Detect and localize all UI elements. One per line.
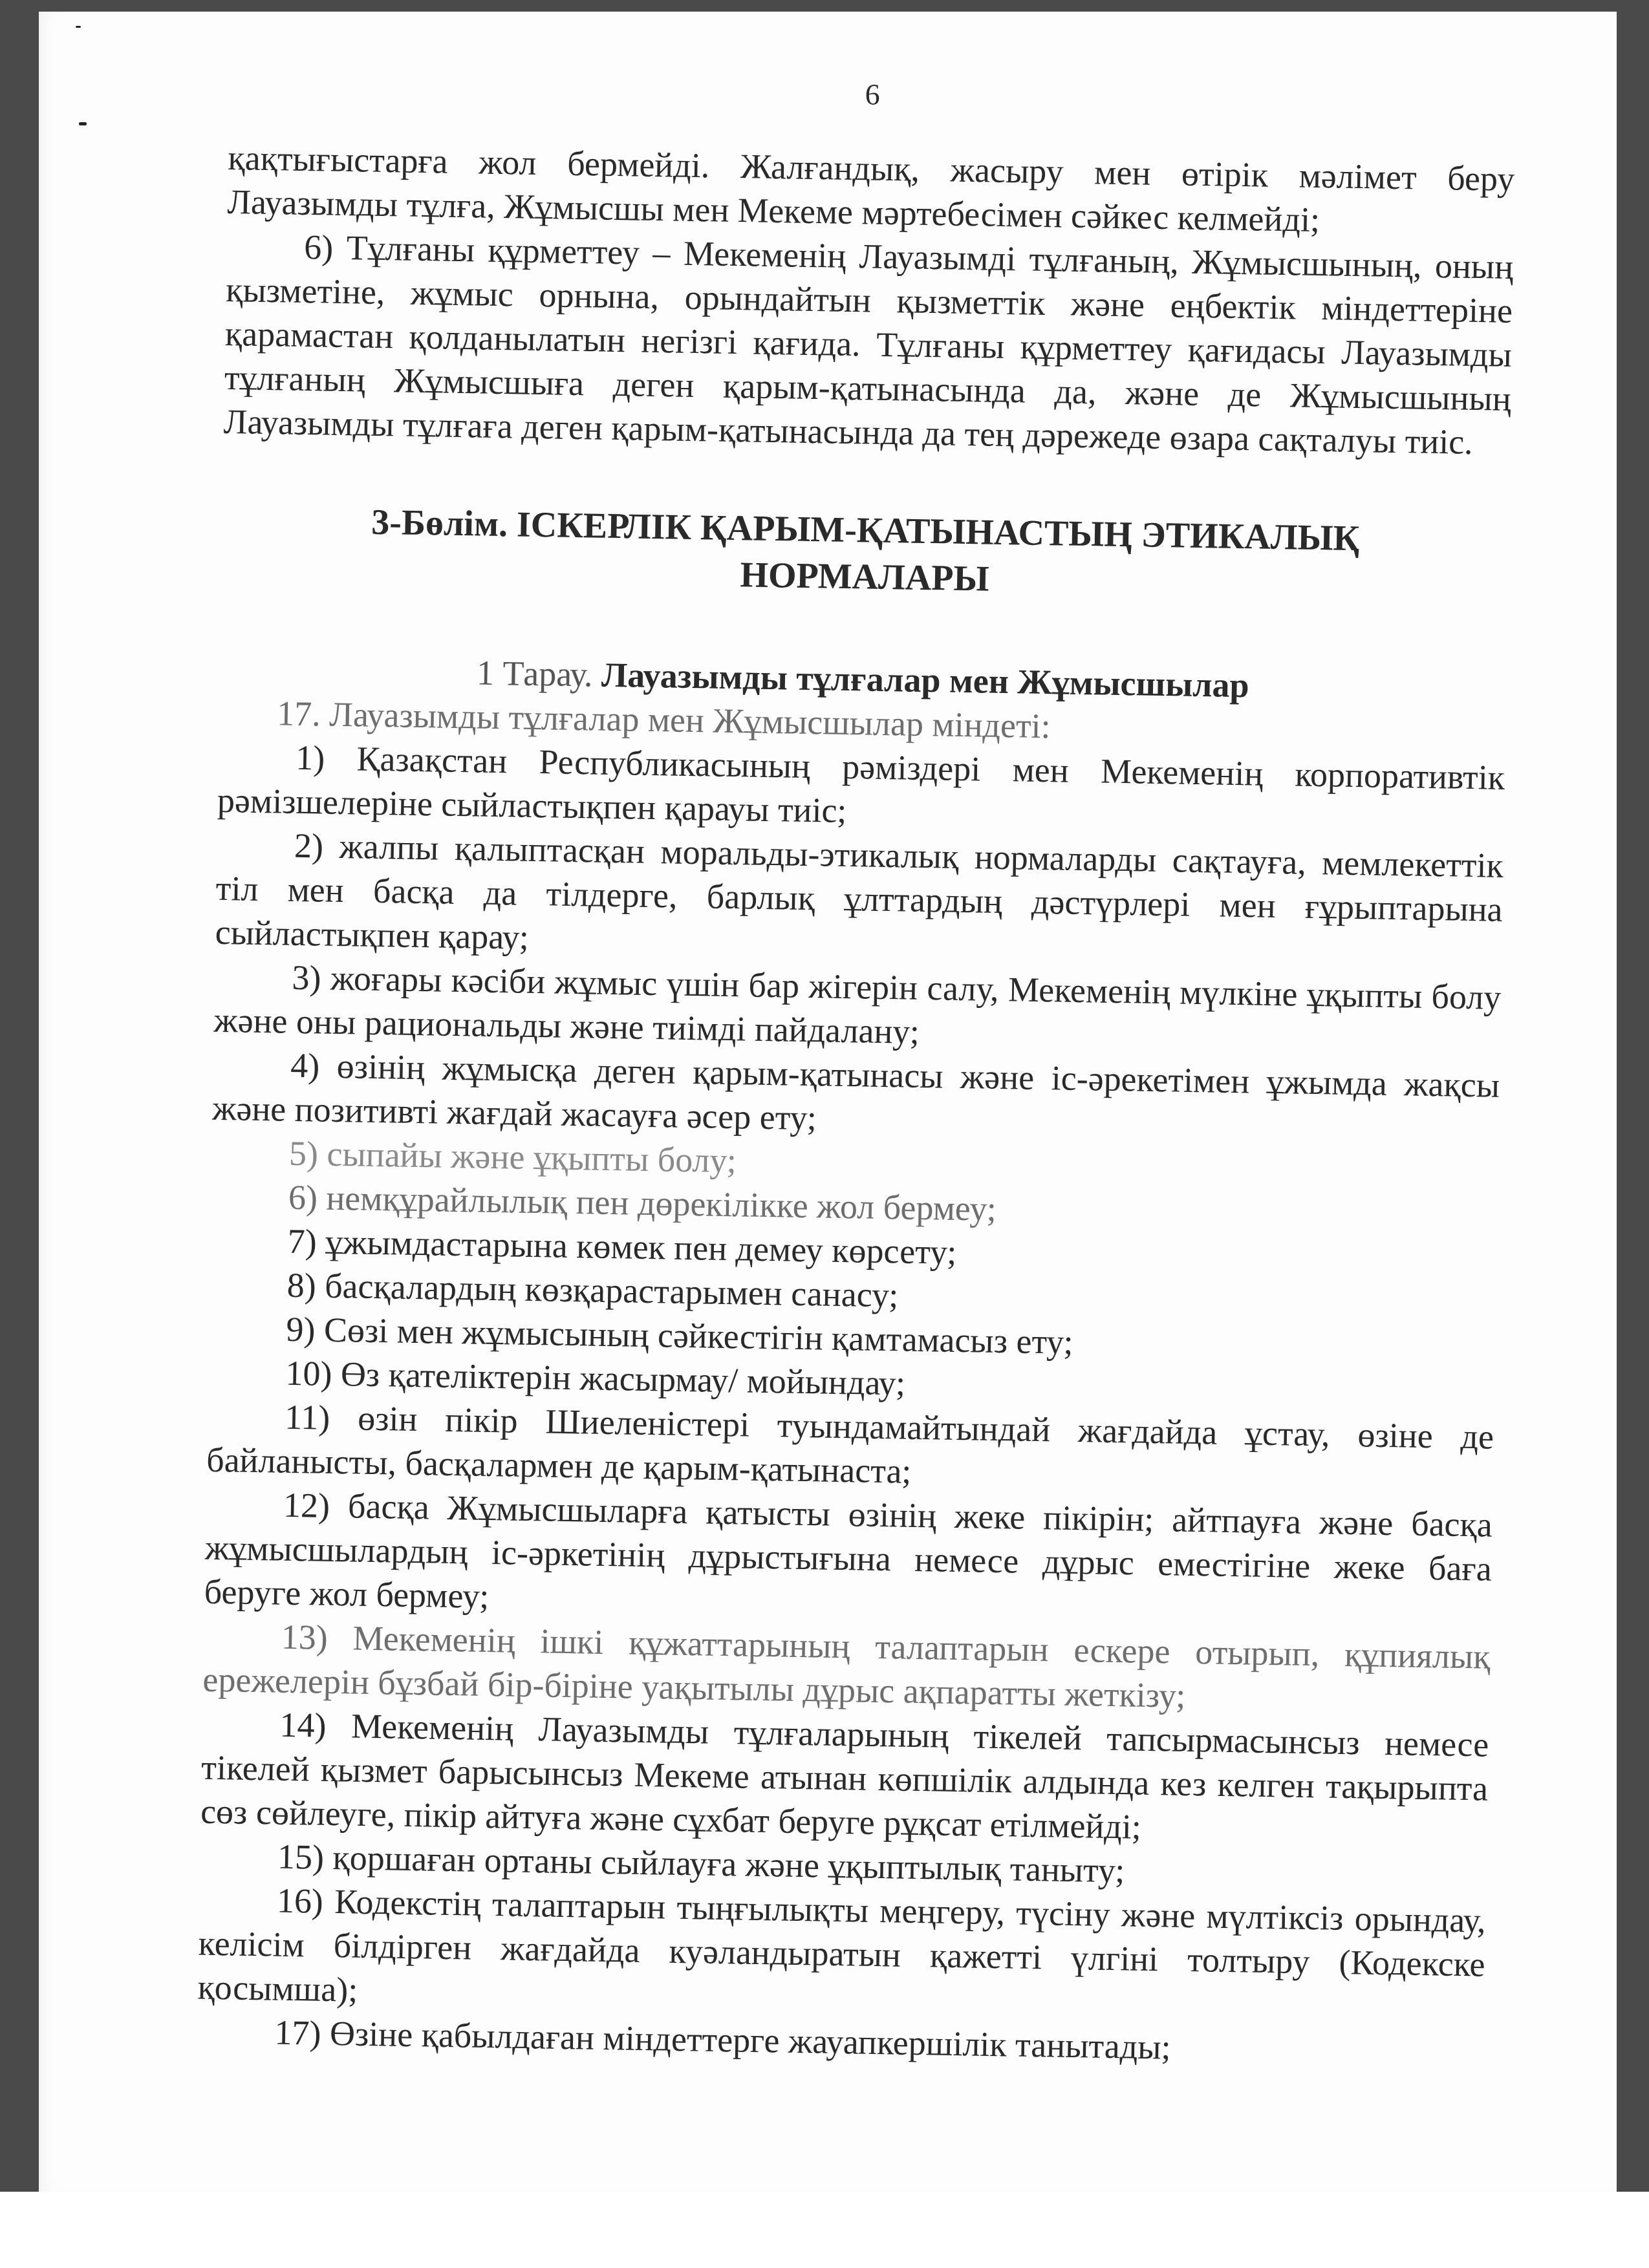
- section-title: 3-Бөлім. ІСКЕРЛІК ҚАРЫМ-ҚАТЫНАСТЫҢ ЭТИКА…: [221, 497, 1509, 611]
- scan-speck: [79, 122, 87, 125]
- document-content: 6 қақтығыстарға жол бермейді. Жалғандық,…: [197, 65, 1516, 2075]
- list-item: 12) басқа Жұмысшыларға қатысты өзінің же…: [204, 1482, 1493, 1635]
- chapter-number: 1 Тарау.: [477, 653, 593, 694]
- list-item: 14) Мекеменің Лауазымды тұлғаларының тік…: [200, 1702, 1489, 1855]
- paragraph-respect-principle: 6) Тұлғаны құрметтеу – Мекеменің Лауазым…: [223, 224, 1513, 465]
- scan-speck: [76, 26, 81, 28]
- chapter-name: Лауазымды тұлғалар мен Жұмысшылар: [601, 656, 1249, 705]
- scan-bottom-margin: [0, 2192, 1649, 2268]
- list-item: 16) Кодекстің талаптарын тыңғылықты меңг…: [197, 1878, 1486, 2031]
- list-item: 2) жалпы қалыптасқан моральды-этикалық н…: [215, 822, 1503, 976]
